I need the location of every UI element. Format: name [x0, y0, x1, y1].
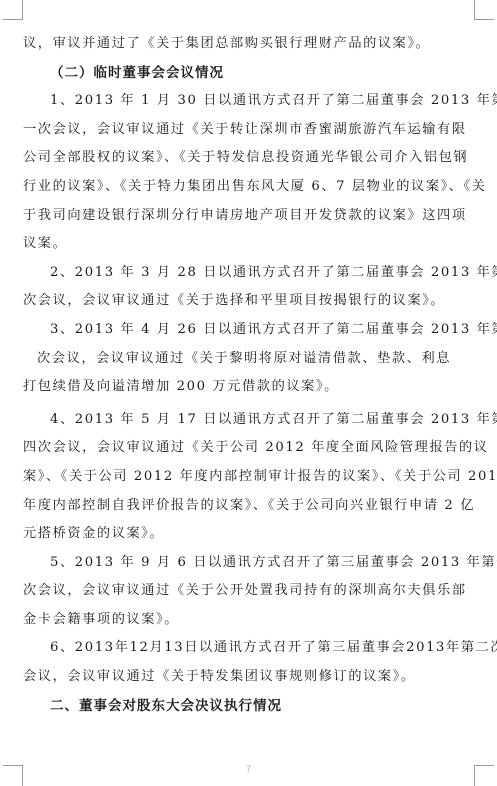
paragraph-line: 2、2013 年 3 月 28 日以通讯方式召开了第二届董事会 2013 年第二: [23, 259, 475, 288]
paragraph-line: 1、2013 年 1 月 30 日以通讯方式召开了第二届董事会 2013 年第: [23, 87, 475, 116]
document-page: 议，审议并通过了《关于集团总部购买银行理财产品的议案》。 （二）临时董事会会议情…: [23, 30, 475, 720]
paragraph-line: 会议，会议审议通过《关于特发集团议事规则修订的议案》。: [23, 663, 475, 692]
paragraph-line: 4、2013 年 5 月 17 日以通讯方式召开了第二届董事会 2013 年第: [23, 406, 475, 435]
paragraph-line: 金卡会籍事项的议案》。: [23, 606, 475, 635]
paragraph-line: 年度内部控制自我评价报告的议案》、《关于公司向兴业银行申请 2 亿: [23, 492, 475, 521]
paragraph-line: 议，审议并通过了《关于集团总部购买银行理财产品的议案》。: [23, 30, 475, 59]
crop-mark-top-right: [474, 0, 494, 20]
paragraph-line: 元搭桥资金的议案》。: [23, 520, 475, 549]
paragraph-line: 于我司向建设银行深圳分行申请房地产项目开发贷款的议案》这四项: [23, 202, 475, 231]
paragraph-line: 案》、《关于公司 2012 年度内部控制审计报告的议案》、《关于公司 2012: [23, 463, 475, 492]
paragraph-line: 次会议，会议审议通过《关于选择和平里项目按揭银行的议案》。: [23, 287, 475, 316]
paragraph-line: 打包续借及向谥清增加 200 万元借款的议案》。: [23, 373, 475, 402]
paragraph-line: 6、2013年12月13日以通讯方式召开了第三届董事会2013年第二次: [23, 634, 475, 663]
paragraph-line: 公司全部股权的议案》、《关于特发信息投资通光华银公司介入铝包钢: [23, 144, 475, 173]
paragraph-line: 行业的议案》、《关于特力集团出售东风大厦 6、7 层物业的议案》、《关: [23, 173, 475, 202]
paragraph-line: 议案。: [23, 230, 475, 259]
paragraph-line: 3、2013 年 4 月 26 日以通讯方式召开了第二届董事会 2013 年第三: [23, 316, 475, 345]
paragraph-line: 次会议，会议审议通过《关于公开处置我司持有的深圳高尔夫俱乐部: [23, 577, 475, 606]
paragraph-line: 次会议，会议审议通过《关于黎明将原对谥清借款、垫款、利息: [23, 345, 475, 374]
page-number: 7: [0, 764, 497, 774]
section-heading: （二）临时董事会会议情况: [23, 59, 475, 88]
paragraph-line: 一次会议，会议审议通过《关于转让深圳市香蜜湖旅游汽车运输有限: [23, 116, 475, 145]
section-heading: 二、董事会对股东大会决议执行情况: [23, 692, 475, 721]
paragraph-line: 5、2013 年 9 月 6 日以通讯方式召开了第三届董事会 2013 年第一: [23, 549, 475, 578]
crop-mark-top-left: [3, 0, 23, 20]
paragraph-line: 四次会议，会议审议通过《关于公司 2012 年度全面风险管理报告的议: [23, 434, 475, 463]
